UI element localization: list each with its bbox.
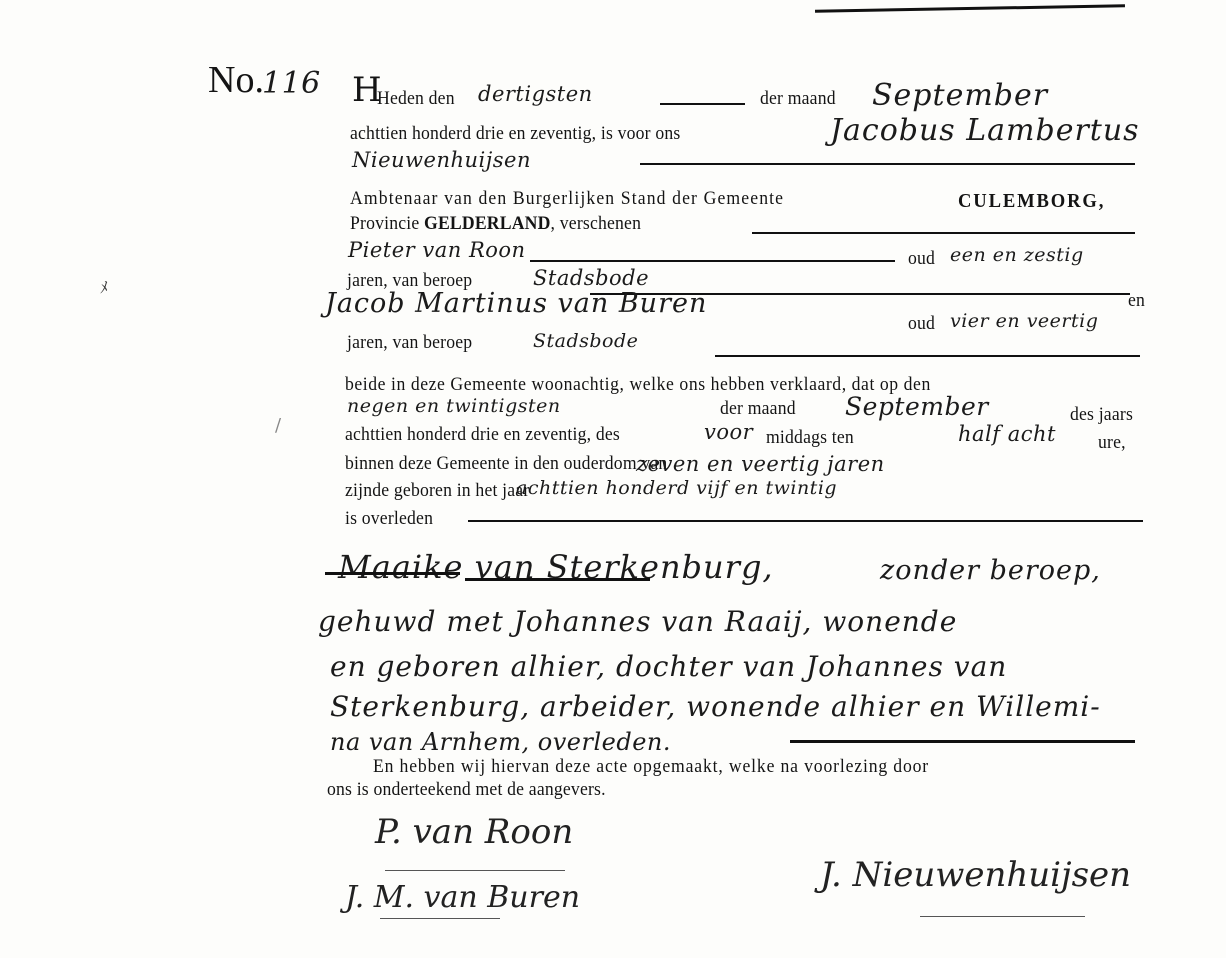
handwritten-parents-line: Sterkenburg, arbeider, wonende alhier en… bbox=[330, 690, 1101, 723]
handwritten-death-day: negen en twintigsten bbox=[347, 395, 561, 417]
handwritten-witness2-age: vier en veertig bbox=[950, 310, 1098, 332]
print-year-phrase: achttien honderd drie en zeventig, is vo… bbox=[350, 123, 680, 145]
handwritten-month: September bbox=[872, 78, 1048, 113]
handwritten-birth-year: achttien honderd vijf en twintig bbox=[516, 477, 837, 499]
print-beroep-2: jaren, van beroep bbox=[347, 332, 472, 354]
print-en: en bbox=[1128, 290, 1145, 312]
previous-record-stroke bbox=[255, 0, 365, 8]
handwritten-mother-line: na van Arnhem, overleden. bbox=[330, 728, 671, 756]
deceased-name-underline-1 bbox=[325, 572, 460, 575]
municipality-name: CULEMBORG, bbox=[958, 190, 1105, 213]
print-closing-2: ons is onderteekend met de aangevers. bbox=[327, 779, 606, 801]
margin-ink-mark: ﾒ bbox=[100, 275, 108, 298]
handwritten-time: half acht bbox=[958, 422, 1056, 446]
print-der-maand: der maand bbox=[760, 88, 836, 110]
print-provincie: Provincie GELDERLAND, verschenen bbox=[350, 213, 641, 235]
handwritten-witness1-name: Pieter van Roon bbox=[348, 238, 526, 262]
print-year-phrase-2: achttien honderd drie en zeventig, des bbox=[345, 424, 620, 446]
record-number: 116 bbox=[262, 66, 321, 101]
handwritten-am-pm: voor bbox=[704, 420, 753, 444]
handwritten-witness1-age: een en zestig bbox=[950, 244, 1084, 266]
print-ure: ure, bbox=[1098, 432, 1126, 454]
handwritten-witness1-occupation: Stadsbode bbox=[533, 266, 649, 290]
fill-rule bbox=[660, 103, 745, 105]
handwritten-day: dertigsten bbox=[478, 82, 593, 106]
print-geboren-jaar: zijnde geboren in het jaar bbox=[345, 480, 529, 502]
print-oud: oud bbox=[908, 313, 935, 335]
print-oud: oud bbox=[908, 248, 935, 270]
margin-ink-mark: / bbox=[275, 415, 281, 436]
handwritten-official-surname: Nieuwenhuijsen bbox=[352, 148, 531, 172]
print-heden-den: Heden den bbox=[377, 88, 455, 110]
print-is-overleden: is overleden bbox=[345, 508, 433, 530]
handwritten-father-line: en geboren alhier, dochter van Johannes … bbox=[330, 650, 1007, 683]
fill-rule bbox=[468, 520, 1143, 522]
print-ambtenaar: Ambtenaar van den Burgerlijken Stand der… bbox=[350, 188, 784, 210]
signature-underline bbox=[920, 916, 1085, 917]
handwritten-witness2-name: Jacob Martinus van Buren bbox=[325, 288, 707, 319]
previous-record-rule bbox=[815, 4, 1125, 12]
fill-rule bbox=[752, 232, 1135, 234]
signature-witness2: J. M. van Buren bbox=[345, 880, 580, 915]
handwritten-official-given-names: Jacobus Lambertus bbox=[830, 113, 1140, 148]
print-der-maand-2: der maand bbox=[720, 398, 796, 420]
fill-rule bbox=[790, 740, 1135, 743]
province-name: GELDERLAND bbox=[424, 213, 551, 234]
print-middags-ten: middags ten bbox=[766, 427, 854, 449]
signature-underline bbox=[380, 918, 500, 919]
handwritten-death-month: September bbox=[845, 392, 989, 421]
handwritten-witness2-occupation: Stadsbode bbox=[533, 330, 638, 352]
fill-rule bbox=[640, 163, 1135, 165]
record-number-label: No. bbox=[208, 58, 264, 102]
print-ouderdom: binnen deze Gemeente in den ouderdom van bbox=[345, 453, 667, 475]
print-closing-1: En hebben wij hiervan deze acte opgemaak… bbox=[373, 756, 929, 778]
deceased-name-underline-2 bbox=[465, 578, 650, 581]
signature-underline bbox=[385, 870, 565, 871]
fill-rule bbox=[715, 355, 1140, 357]
signature-witness1: P. van Roon bbox=[375, 812, 573, 852]
handwritten-death-age: zeven en veertig jaren bbox=[636, 452, 885, 476]
print-beide: beide in deze Gemeente woonachtig, welke… bbox=[345, 374, 931, 396]
handwritten-deceased-occupation: zonder beroep, bbox=[880, 555, 1101, 586]
print-des-jaars: des jaars bbox=[1070, 404, 1133, 426]
signature-official: J. Nieuwenhuijsen bbox=[820, 855, 1131, 895]
fill-rule bbox=[530, 260, 895, 262]
handwritten-spouse-line: gehuwd met Johannes van Raaij, wonende bbox=[318, 605, 957, 638]
